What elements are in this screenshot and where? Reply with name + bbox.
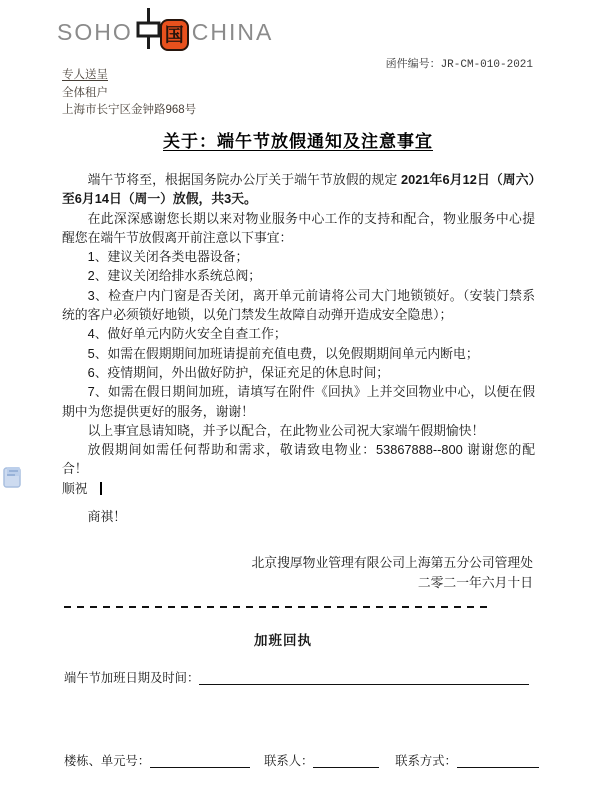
receipt-phone-label: 联系方式： [395,754,457,768]
notice-closing-2: 放假期间如需任何帮助和需求，敬请致电物业：53867888--800 谢谢您的配… [62,440,535,479]
logo-text-china: CHINA [192,21,274,44]
notice-closing-1: 以上事宜恳请知晓，并予以配合，在此物业公司祝大家端午假期愉快！ [62,421,535,440]
receipt-datetime-row: 端午节加班日期及时间： [64,668,529,686]
notice-body: 端午节将至，根据国务院办公厅关于端午节放假的规定 2021年6月12日（周六）至… [62,170,535,526]
text-cursor [100,482,102,495]
signature-company: 北京搜厚物业管理有限公司上海第五分公司管理处 [0,553,533,573]
comment-anchor-icon [3,466,22,489]
letter-number-value: JR-CM-010-2021 [441,59,533,71]
receipt-contact-field[interactable] [313,754,379,768]
soho-china-logo: SOHO 国 CHINA [57,8,273,54]
document-page: SOHO 国 CHINA 函件编号：JR-CM-010-2021 专人送呈 全体… [0,0,596,794]
signature-date: 二零二一年六月十日 [0,573,533,593]
notice-item-2: 2、建议关闭给排水系统总阀； [62,266,535,285]
notice-item-6: 6、疫情期间，外出做好防护，保证充足的休息时间； [62,363,535,382]
recipient-block: 专人送呈 全体租户 上海市长宁区金钟路968号 [62,67,196,120]
well-wish-text: 顺祝 [62,481,88,496]
signature-block: 北京搜厚物业管理有限公司上海第五分公司管理处 二零二一年六月十日 [0,553,533,592]
letter-number-label: 函件编号： [386,58,441,70]
well-wish-closing: 商祺！ [62,507,535,526]
receipt-datetime-field[interactable] [199,671,529,685]
recipient-audience: 全体租户 [62,85,196,103]
logo-text-soho: SOHO [57,21,133,44]
receipt-contact-label: 联系人： [264,754,313,768]
notice-item-1: 1、建议关闭各类电器设备； [62,247,535,266]
notice-title: 关于：端午节放假通知及注意事宜 [0,127,596,152]
receipt-title: 加班回执 [0,629,566,649]
notice-item-7: 7、如需在假日期间加班，请填写在附件《回执》上并交回物业中心，以便在假期中为您提… [62,382,535,421]
notice-item-3: 3、检查户内门窗是否关闭，离开单元前请将公司大门地锁锁好。（安装门禁系统的客户必… [62,286,535,325]
receipt-contact-row: 楼栋、单元号：联系人：联系方式： [64,751,539,769]
notice-item-4: 4、做好单元内防火安全自查工作； [62,324,535,343]
receipt-building-field[interactable] [150,754,250,768]
delivery-method: 专人送呈 [62,67,196,85]
logo-guo-char: 国 [165,26,184,45]
recipient-address: 上海市长宁区金钟路968号 [62,102,196,120]
intro-text: 端午节将至，根据国务院办公厅关于端午节放假的规定 [88,172,401,187]
receipt-datetime-label: 端午节加班日期及时间： [64,671,199,685]
logo-zhong-glyph [136,8,161,54]
notice-item-5: 5、如需在假期期间加班请提前充值电费，以免假期期间单元内断电； [62,344,535,363]
notice-paragraph-intro: 端午节将至，根据国务院办公厅关于端午节放假的规定 2021年6月12日（周六）至… [62,170,535,209]
receipt-building-label: 楼栋、单元号： [64,754,150,768]
logo-guo-seal-icon: 国 [160,19,189,51]
well-wish-line: 顺祝 [62,479,535,498]
dashed-separator [64,606,491,608]
notice-paragraph-thanks: 在此深深感谢您长期以来对物业服务中心工作的支持和配合，物业服务中心提醒您在端午节… [62,209,535,248]
receipt-phone-field[interactable] [457,754,539,768]
